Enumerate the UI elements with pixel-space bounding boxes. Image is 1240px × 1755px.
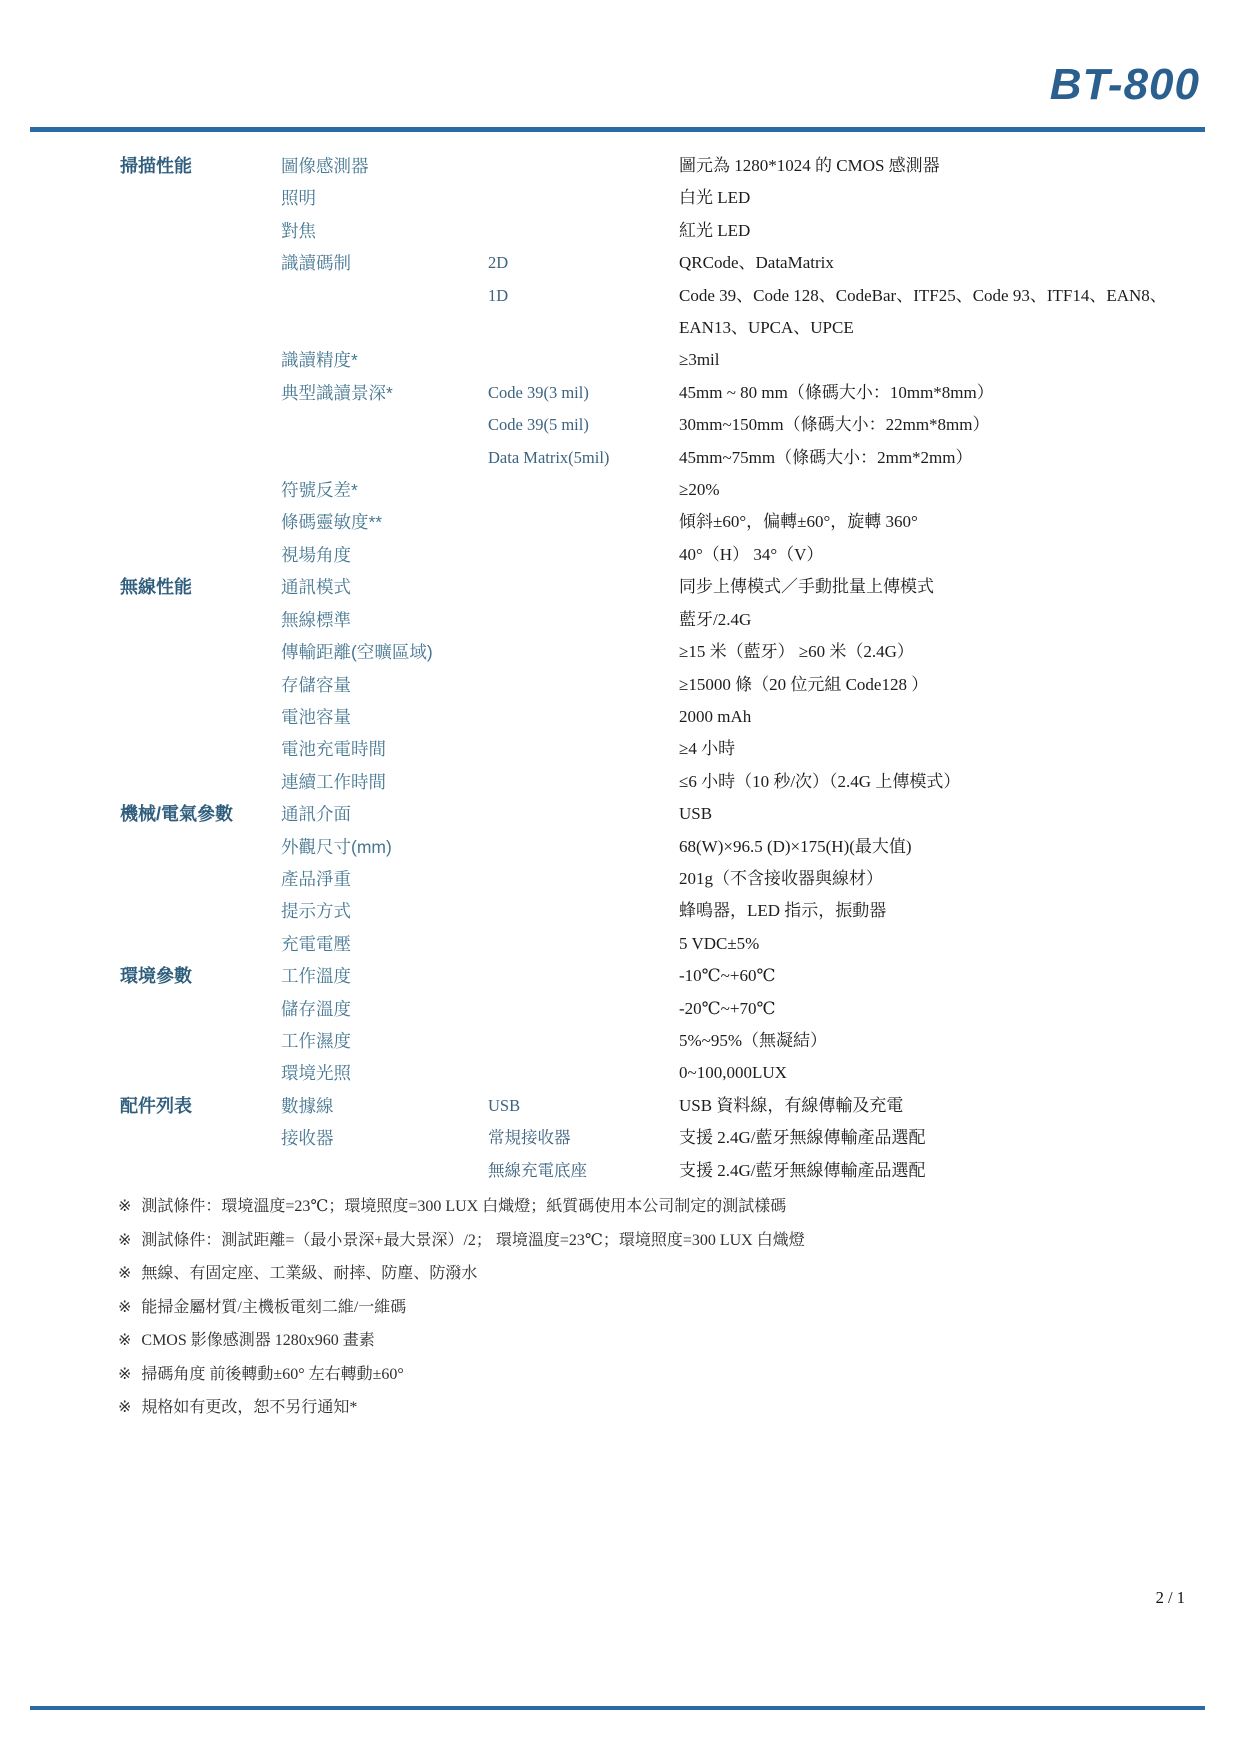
table-row: 工作濕度5%~95%（無凝結） (0, 1025, 1240, 1057)
table-row: 外觀尺寸(mm)68(W)×96.5 (D)×175(H)(最大值) (0, 831, 1240, 863)
table-row: 視場角度40°（H） 34°（V） (0, 539, 1240, 571)
param-value: ≥4 小時 (679, 733, 1205, 765)
param-label: 通訊模式 (281, 571, 488, 603)
param-label: 條碼靈敏度** (281, 506, 488, 538)
param-value: 40°（H） 34°（V） (679, 539, 1205, 571)
sub-param-label: 2D (488, 247, 679, 279)
param-value: 5%~95%（無凝結） (679, 1025, 1205, 1057)
table-row: 充電電壓5 VDC±5% (0, 928, 1240, 960)
param-value: 201g（不含接收器與線材） (679, 863, 1205, 895)
footnote-line: ※能掃金屬材質/主機板電刻二維/一維碼 (118, 1291, 1180, 1325)
footnote-line: ※規格如有更改，恕不另行通知* (118, 1391, 1180, 1425)
param-label: 對焦 (281, 215, 488, 247)
param-value: ≥3mil (679, 344, 1205, 376)
param-label: 提示方式 (281, 895, 488, 927)
section-label: 配件列表 (120, 1090, 281, 1122)
section-label: 機械/電氣參數 (120, 798, 281, 830)
footnote-marker: ※ (118, 1299, 131, 1316)
param-label: 電池充電時間 (281, 733, 488, 765)
section-label: 掃描性能 (120, 150, 281, 182)
footnote-line: ※無線、有固定座、工業級、耐摔、防塵、防潑水 (118, 1257, 1180, 1291)
param-label: 充電電壓 (281, 928, 488, 960)
footnote-line: ※測試條件：測試距離=（最小景深+最大景深）/2； 環境溫度=23℃；環境照度=… (118, 1224, 1180, 1258)
table-row: 連續工作時間≤6 小時（10 秒/次）（2.4G 上傳模式） (0, 766, 1240, 798)
table-row: 機械/電氣參數通訊介面USB (0, 798, 1240, 830)
sub-param-label: USB (488, 1090, 679, 1122)
footnote-text: 測試條件：測試距離=（最小景深+最大景深）/2； 環境溫度=23℃；環境照度=3… (141, 1232, 804, 1249)
param-label: 連續工作時間 (281, 766, 488, 798)
param-label: 產品淨重 (281, 863, 488, 895)
param-label: 照明 (281, 182, 488, 214)
table-row: 提示方式蜂鳴器，LED 指示，振動器 (0, 895, 1240, 927)
page-number: 2 / 1 (1156, 1588, 1185, 1608)
param-value: USB 資料線，有線傳輸及充電 (679, 1090, 1205, 1122)
table-row: 儲存溫度-20℃~+70℃ (0, 993, 1240, 1025)
param-label: 環境光照 (281, 1057, 488, 1089)
sub-param-label: Code 39(3 mil) (488, 377, 679, 409)
table-row: 符號反差*≥20% (0, 474, 1240, 506)
param-value: ≥15 米（藍牙） ≥60 米（2.4G） (679, 636, 1205, 668)
param-label: 典型識讀景深* (281, 377, 488, 409)
table-row: 對焦紅光 LED (0, 215, 1240, 247)
param-label: 存儲容量 (281, 669, 488, 701)
param-label: 識讀精度* (281, 344, 488, 376)
footnotes-list: ※測試條件：環境溫度=23℃；環境照度=300 LUX 白熾燈；紙質碼使用本公司… (0, 1190, 1180, 1425)
footnote-line: ※測試條件：環境溫度=23℃；環境照度=300 LUX 白熾燈；紙質碼使用本公司… (118, 1190, 1180, 1224)
table-row: 存儲容量≥15000 條（20 位元組 Code128 ） (0, 669, 1240, 701)
param-value: 0~100,000LUX (679, 1057, 1205, 1089)
table-row: 接收器常規接收器支援 2.4G/藍牙無線傳輸產品選配 (0, 1122, 1240, 1154)
footnote-text: CMOS 影像感測器 1280x960 畫素 (141, 1332, 374, 1349)
param-label: 無線標準 (281, 604, 488, 636)
specification-table: 掃描性能圖像感測器圖元為 1280*1024 的 CMOS 感測器照明白光 LE… (0, 150, 1240, 1187)
sub-param-label: 無線充電底座 (488, 1155, 679, 1187)
header-divider-rule (30, 127, 1205, 132)
param-value: QRCode、DataMatrix (679, 247, 1205, 279)
footnote-text: 規格如有更改，恕不另行通知* (141, 1399, 357, 1416)
param-value: ≥20% (679, 474, 1205, 506)
param-value: 支援 2.4G/藍牙無線傳輸產品選配 (679, 1122, 1205, 1154)
footnote-text: 無線、有固定座、工業級、耐摔、防塵、防潑水 (141, 1265, 477, 1282)
table-row: 典型識讀景深*Code 39(3 mil)45mm ~ 80 mm（條碼大小：1… (0, 377, 1240, 409)
section-label: 環境參數 (120, 960, 281, 992)
table-row: Data Matrix(5mil)45mm~75mm（條碼大小：2mm*2mm） (0, 442, 1240, 474)
footnote-marker: ※ (118, 1265, 131, 1282)
footnote-text: 能掃金屬材質/主機板電刻二維/一維碼 (141, 1299, 406, 1316)
table-row: 掃描性能圖像感測器圖元為 1280*1024 的 CMOS 感測器 (0, 150, 1240, 182)
param-value: 傾斜±60°，偏轉±60°，旋轉 360° (679, 506, 1205, 538)
param-label: 圖像感測器 (281, 150, 488, 182)
param-value: 藍牙/2.4G (679, 604, 1205, 636)
param-value: 蜂鳴器，LED 指示，振動器 (679, 895, 1205, 927)
footnote-text: 測試條件：環境溫度=23℃；環境照度=300 LUX 白熾燈；紙質碼使用本公司制… (141, 1198, 786, 1215)
table-row: 無線標準藍牙/2.4G (0, 604, 1240, 636)
table-row: 1DCode 39、Code 128、CodeBar、ITF25、Code 93… (0, 280, 1240, 345)
param-value: 白光 LED (679, 182, 1205, 214)
param-value: 支援 2.4G/藍牙無線傳輸產品選配 (679, 1155, 1205, 1187)
table-row: Code 39(5 mil)30mm~150mm（條碼大小：22mm*8mm） (0, 409, 1240, 441)
sub-param-label: 常規接收器 (488, 1122, 679, 1154)
footnote-marker: ※ (118, 1399, 131, 1416)
param-label: 接收器 (281, 1122, 488, 1154)
param-label: 外觀尺寸(mm) (281, 831, 488, 863)
table-row: 傳輸距離(空曠區域)≥15 米（藍牙） ≥60 米（2.4G） (0, 636, 1240, 668)
sub-param-label: Data Matrix(5mil) (488, 442, 679, 474)
footnote-marker: ※ (118, 1366, 131, 1383)
section-label: 無線性能 (120, 571, 281, 603)
param-label: 識讀碼制 (281, 247, 488, 279)
table-row: 產品淨重201g（不含接收器與線材） (0, 863, 1240, 895)
param-value: 45mm~75mm（條碼大小：2mm*2mm） (679, 442, 1205, 474)
param-label: 工作濕度 (281, 1025, 488, 1057)
footnote-line: ※CMOS 影像感測器 1280x960 畫素 (118, 1324, 1180, 1358)
footnote-marker: ※ (118, 1232, 131, 1249)
param-label: 通訊介面 (281, 798, 488, 830)
param-label: 電池容量 (281, 701, 488, 733)
param-label: 工作溫度 (281, 960, 488, 992)
datasheet-page: BT-800 掃描性能圖像感測器圖元為 1280*1024 的 CMOS 感測器… (0, 0, 1240, 1755)
footer-divider-rule (30, 1706, 1205, 1710)
param-value: 45mm ~ 80 mm（條碼大小：10mm*8mm） (679, 377, 1205, 409)
param-value: 2000 mAh (679, 701, 1205, 733)
param-label: 數據線 (281, 1090, 488, 1122)
footnote-marker: ※ (118, 1198, 131, 1215)
footnote-text: 掃碼角度 前後轉動±60° 左右轉動±60° (141, 1366, 403, 1383)
param-label: 傳輸距離(空曠區域) (281, 636, 488, 668)
param-value: 圖元為 1280*1024 的 CMOS 感測器 (679, 150, 1205, 182)
param-value: ≤6 小時（10 秒/次）（2.4G 上傳模式） (679, 766, 1205, 798)
param-value: USB (679, 798, 1205, 830)
table-row: 識讀精度*≥3mil (0, 344, 1240, 376)
param-value: 68(W)×96.5 (D)×175(H)(最大值) (679, 831, 1205, 863)
sub-param-label: 1D (488, 280, 679, 312)
footnote-marker: ※ (118, 1332, 131, 1349)
param-value: -20℃~+70℃ (679, 993, 1205, 1025)
table-row: 識讀碼制2DQRCode、DataMatrix (0, 247, 1240, 279)
table-row: 電池容量2000 mAh (0, 701, 1240, 733)
sub-param-label: Code 39(5 mil) (488, 409, 679, 441)
table-row: 照明白光 LED (0, 182, 1240, 214)
param-label: 儲存溫度 (281, 993, 488, 1025)
param-value: ≥15000 條（20 位元組 Code128 ） (679, 669, 1205, 701)
table-row: 配件列表數據線USBUSB 資料線，有線傳輸及充電 (0, 1090, 1240, 1122)
product-model-title: BT-800 (1050, 60, 1200, 110)
table-row: 無線充電底座支援 2.4G/藍牙無線傳輸產品選配 (0, 1155, 1240, 1187)
param-value: 同步上傳模式／手動批量上傳模式 (679, 571, 1205, 603)
table-row: 電池充電時間≥4 小時 (0, 733, 1240, 765)
table-row: 條碼靈敏度**傾斜±60°，偏轉±60°，旋轉 360° (0, 506, 1240, 538)
param-value: 30mm~150mm（條碼大小：22mm*8mm） (679, 409, 1205, 441)
param-value: Code 39、Code 128、CodeBar、ITF25、Code 93、I… (679, 280, 1205, 345)
table-row: 無線性能通訊模式同步上傳模式／手動批量上傳模式 (0, 571, 1240, 603)
table-row: 環境參數工作溫度-10℃~+60℃ (0, 960, 1240, 992)
param-value: -10℃~+60℃ (679, 960, 1205, 992)
table-row: 環境光照0~100,000LUX (0, 1057, 1240, 1089)
param-value: 紅光 LED (679, 215, 1205, 247)
param-value: 5 VDC±5% (679, 928, 1205, 960)
footnote-line: ※掃碼角度 前後轉動±60° 左右轉動±60° (118, 1358, 1180, 1392)
param-label: 符號反差* (281, 474, 488, 506)
param-label: 視場角度 (281, 539, 488, 571)
